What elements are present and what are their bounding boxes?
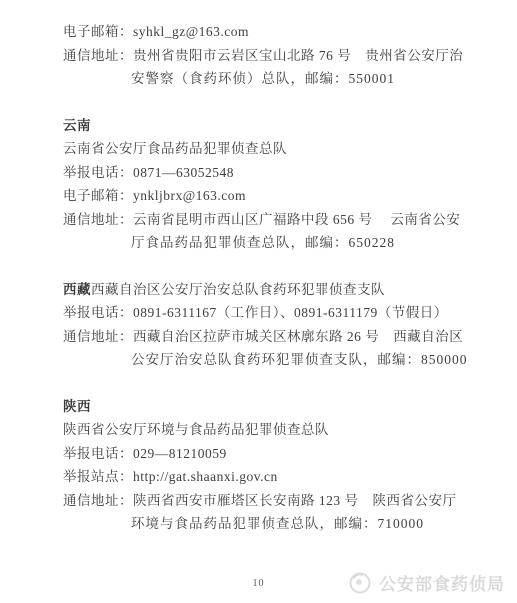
yunnan-address-line2: 厅食品药品犯罪侦查总队，邮编：650228	[131, 231, 507, 255]
tibet-org: 西藏自治区公安厅治安总队食药环犯罪侦查支队	[91, 282, 385, 297]
tibet-address-line2: 公安厅治安总队食药环犯罪侦查支队，邮编：850000	[131, 348, 507, 372]
yunnan-heading: 云南	[63, 114, 507, 138]
tibet-address-line1: 通信地址：西藏自治区拉萨市城关区林廓东路 26 号 西藏自治区	[63, 325, 507, 349]
police-badge-emblem-icon	[347, 569, 373, 595]
yunnan-org-line: 云南省公安厅食品药品犯罪侦查总队	[63, 137, 507, 161]
document-body: 电子邮箱：syhkl_gz@163.com 通信地址：贵州省贵阳市云岩区宝山北路…	[63, 20, 507, 536]
tibet-phone-line: 举报电话：0891-6311167（工作日）、0891-6311179（节假日）	[63, 301, 507, 325]
shaanxi-address-line2: 环境与食品药品犯罪侦查总队，邮编：710000	[131, 512, 507, 536]
document-page: 电子邮箱：syhkl_gz@163.com 通信地址：贵州省贵阳市云岩区宝山北路…	[0, 0, 517, 603]
shaanxi-org-line: 陕西省公安厅环境与食品药品犯罪侦查总队	[63, 418, 507, 442]
watermark: 公安部食药侦局	[347, 569, 505, 595]
shaanxi-heading: 陕西	[63, 395, 507, 419]
yunnan-phone-line: 举报电话：0871—63052548	[63, 161, 507, 185]
shaanxi-phone-line: 举报电话：029—81210059	[63, 442, 507, 466]
yunnan-email-line: 电子邮箱：ynkljbrx@163.com	[63, 184, 507, 208]
yunnan-address-line1: 通信地址：云南省昆明市西山区广福路中段 656 号 云南省公安	[63, 208, 507, 232]
shaanxi-address-line1: 通信地址：陕西省西安市雁塔区长安南路 123 号 陕西省公安厅	[63, 489, 507, 513]
tibet-heading-line: 西藏西藏自治区公安厅治安总队食药环犯罪侦查支队	[63, 278, 507, 302]
guizhou-address-line2: 安警察（食药环侦）总队，邮编：550001	[131, 67, 507, 91]
shaanxi-website-line: 举报站点：http://gat.shaanxi.gov.cn	[63, 465, 507, 489]
guizhou-address-line1: 通信地址：贵州省贵阳市云岩区宝山北路 76 号 贵州省公安厅治	[63, 44, 507, 68]
tibet-heading: 西藏	[63, 282, 91, 297]
watermark-text: 公安部食药侦局	[379, 570, 505, 595]
guizhou-email-line: 电子邮箱：syhkl_gz@163.com	[63, 20, 507, 44]
